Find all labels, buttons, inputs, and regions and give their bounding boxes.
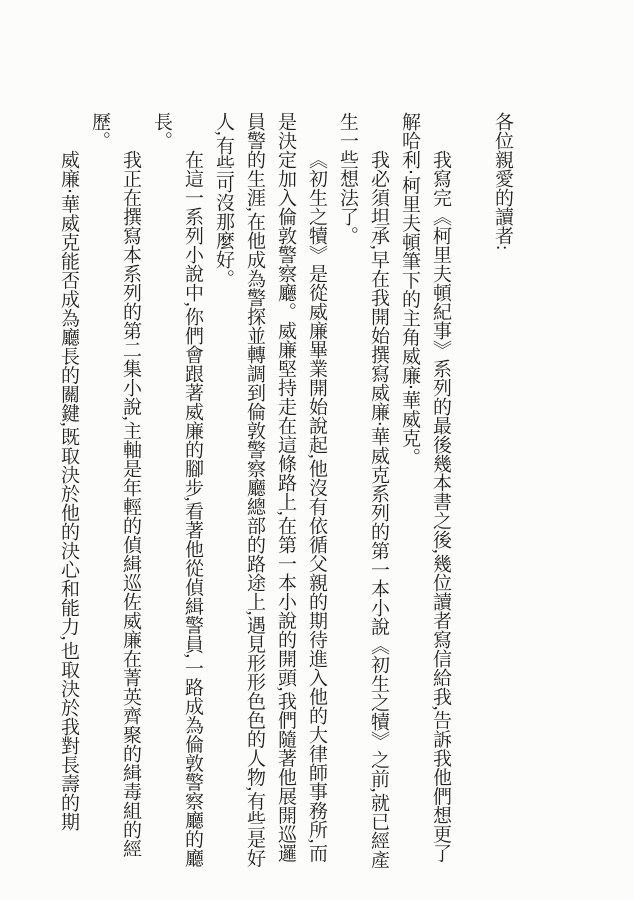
book-page: 各位親愛的讀者: 我寫完《柯里夫頓紀事》系列的最後幾本書之後,幾位讀者寫信給我,… <box>0 0 634 900</box>
letter-paragraph: 我正在撰寫本系列的第二集小說,主軸是年輕的偵緝巡佐威廉在菁英齊聚的緝毒組的經歷。 <box>84 112 146 874</box>
letter-salutation: 各位親愛的讀者: <box>487 112 518 874</box>
letter-paragraph: 《初生之犢》是從威廉畢業開始說起,他沒有依循父親的期待進入他的大律師事務所,而是… <box>208 112 332 874</box>
letter-paragraph: 在這一系列小說中,你們會跟著威廉的腳步,看著他從偵緝警員,一路成為倫敦警察廳的廳… <box>146 112 208 874</box>
letter-paragraph: 威廉‧華威克能否成為廳長的關鍵,既取決於他的決心和能力,也取決於我對長壽的期 <box>53 112 84 874</box>
letter-body: 各位親愛的讀者: 我寫完《柯里夫頓紀事》系列的最後幾本書之後,幾位讀者寫信給我,… <box>40 112 518 874</box>
letter-paragraph: 我寫完《柯里夫頓紀事》系列的最後幾本書之後,幾位讀者寫信給我,告訴我他們想更了解… <box>394 112 456 874</box>
letter-paragraph: 我必須坦承,早在我開始撰寫威廉‧華威克系列的第一本小說《初生之犢》之前,就已經產… <box>332 112 394 874</box>
